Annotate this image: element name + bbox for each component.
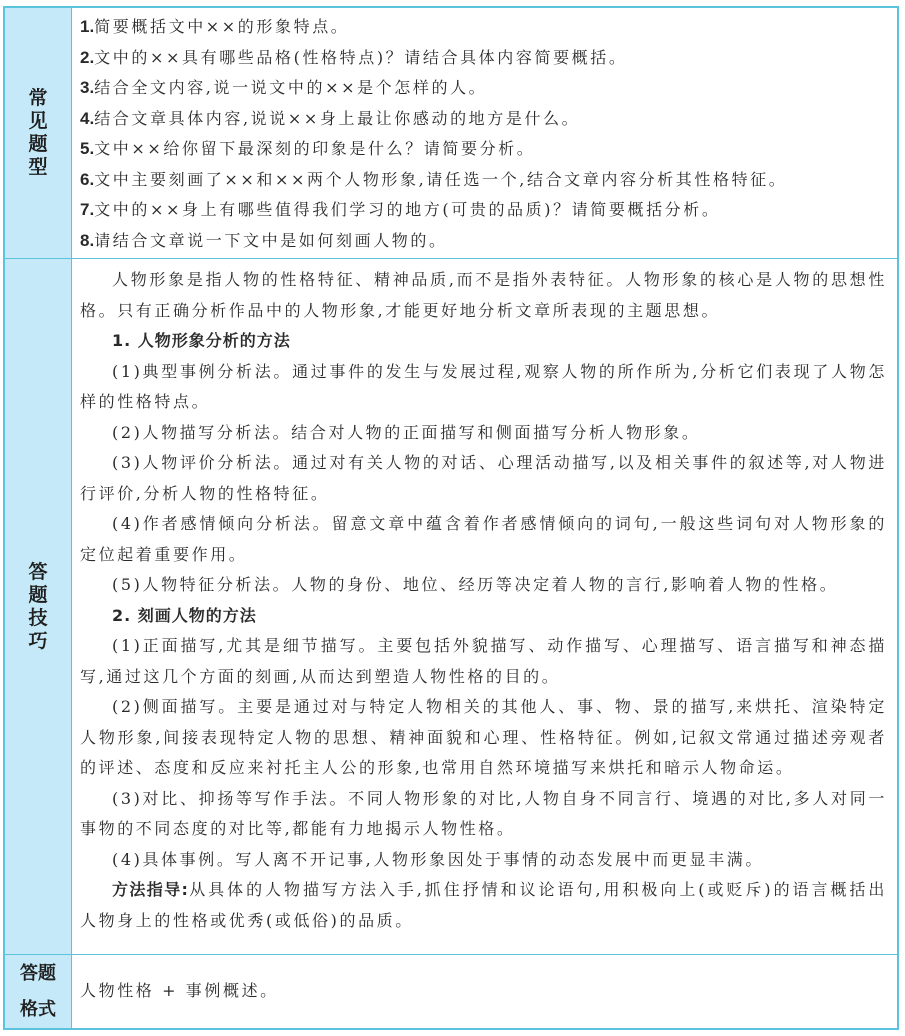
row-common-question-types: 常见题型 1.简要概括文中××的形象特点。 2.文中的××具有哪些品格(性格特点… — [5, 8, 897, 258]
method-item: (3)人物评价分析法。通过对有关人物的对话、心理活动描写,以及相关事件的叙述等,… — [80, 448, 887, 509]
row-label-answer-format: 答题格式 — [5, 955, 72, 1028]
section-heading-analysis-methods: 1. 人物形象分析的方法 — [80, 326, 887, 357]
section-heading-portrayal-methods: 2. 刻画人物的方法 — [80, 601, 887, 632]
answer-format-content: 人物性格 + 事例概述。 — [72, 955, 897, 1028]
method-item: (1)正面描写,尤其是细节描写。主要包括外貌描写、动作描写、心理描写、语言描写和… — [80, 631, 887, 692]
row-answer-techniques: 答题技巧 人物形象是指人物的性格特征、精神品质,而不是指外表特征。人物形象的核心… — [5, 258, 897, 954]
intro-paragraph: 人物形象是指人物的性格特征、精神品质,而不是指外表特征。人物形象的核心是人物的思… — [80, 265, 887, 326]
question-item: 1.简要概括文中××的形象特点。 — [80, 12, 887, 43]
question-item: 6.文中主要刻画了××和××两个人物形象,请任选一个,结合文章内容分析其性格特征… — [80, 165, 887, 196]
method-item: (4)作者感情倾向分析法。留意文章中蕴含着作者感情倾向的词句,一般这些词句对人物… — [80, 509, 887, 570]
method-item: (1)典型事例分析法。通过事件的发生与发展过程,观察人物的所作所为,分析它们表现… — [80, 357, 887, 418]
question-item: 8.请结合文章说一下文中是如何刻画人物的。 — [80, 226, 887, 257]
question-item: 5.文中××给你留下最深刻的印象是什么？请简要分析。 — [80, 134, 887, 165]
method-guide-text: 从具体的人物描写方法入手,抓住抒情和议论语句,用积极向上(或贬斥)的语言概括出人… — [80, 880, 887, 930]
method-item: (5)人物特征分析法。人物的身份、地位、经历等决定着人物的言行,影响着人物的性格… — [80, 570, 887, 601]
technique-content: 人物形象是指人物的性格特征、精神品质,而不是指外表特征。人物形象的核心是人物的思… — [72, 259, 897, 954]
row-answer-format: 答题格式 人物性格 + 事例概述。 — [5, 954, 897, 1028]
question-item: 4.结合文章具体内容,说说××身上最让你感动的地方是什么。 — [80, 104, 887, 135]
method-item: (2)侧面描写。主要是通过对与特定人物相关的其他人、事、物、景的描写,来烘托、渲… — [80, 692, 887, 784]
question-type-list: 1.简要概括文中××的形象特点。 2.文中的××具有哪些品格(性格特点)？请结合… — [72, 8, 897, 258]
method-guide-label: 方法指导: — [112, 880, 189, 899]
row-label-answer-techniques: 答题技巧 — [5, 259, 72, 954]
question-item: 3.结合全文内容,说一说文中的××是个怎样的人。 — [80, 73, 887, 104]
question-item: 2.文中的××具有哪些品格(性格特点)？请结合具体内容简要概括。 — [80, 43, 887, 74]
answer-guide-table: 常见题型 1.简要概括文中××的形象特点。 2.文中的××具有哪些品格(性格特点… — [3, 6, 899, 1030]
answer-format-text: 人物性格 + 事例概述。 — [80, 976, 279, 1007]
method-item: (4)具体事例。写人离不开记事,人物形象因处于事情的动态发展中而更显丰满。 — [80, 845, 887, 876]
row-label-common-question-types: 常见题型 — [5, 8, 72, 258]
method-item: (2)人物描写分析法。结合对人物的正面描写和侧面描写分析人物形象。 — [80, 418, 887, 449]
method-item: (3)对比、抑扬等写作手法。不同人物形象的对比,人物自身不同言行、境遇的对比,多… — [80, 784, 887, 845]
method-guide: 方法指导:从具体的人物描写方法入手,抓住抒情和议论语句,用积极向上(或贬斥)的语… — [80, 875, 887, 936]
question-item: 7.文中的××身上有哪些值得我们学习的地方(可贵的品质)？请简要概括分析。 — [80, 195, 887, 226]
